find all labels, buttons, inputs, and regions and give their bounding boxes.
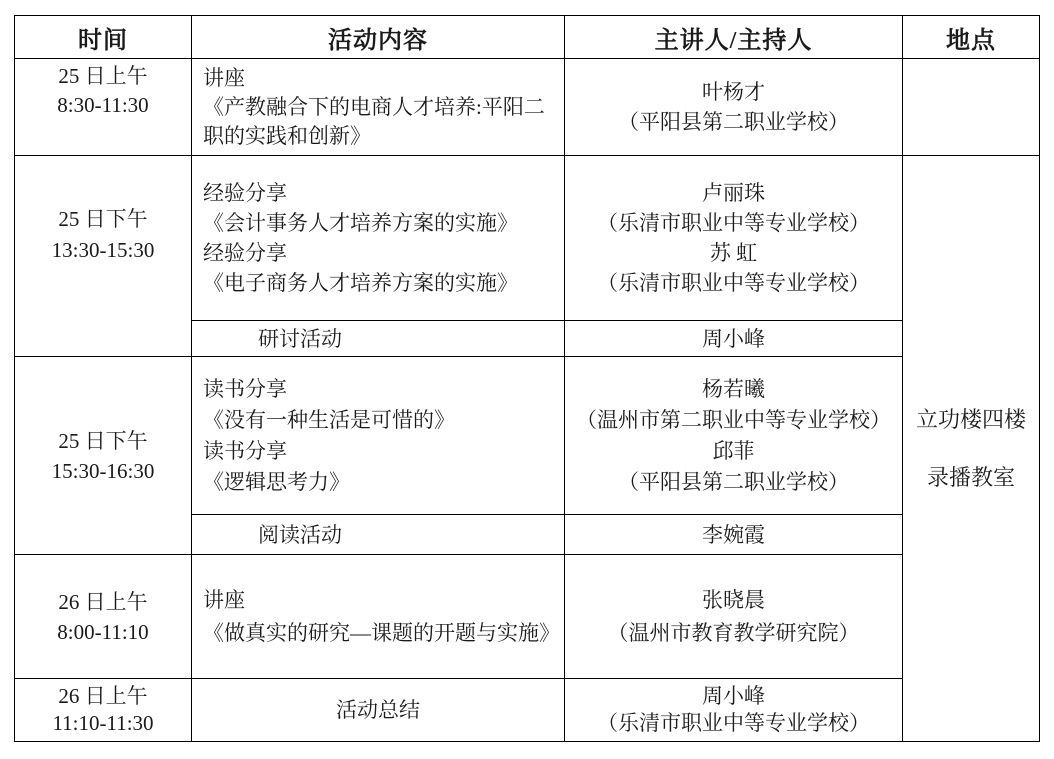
activity-cell: 读书分享 《没有一种生活是可惜的》 读书分享 《逻辑思考力》 [192,357,565,515]
speaker-name: 李婉霞 [565,520,902,550]
activity-cell: 经验分享 《会计事务人才培养方案的实施》 经验分享 《电子商务人才培养方案的实施… [192,156,565,321]
time-cell: 25 日下午 15:30-16:30 [15,357,192,555]
location-cell: 立功楼四楼 录播教室 [903,156,1040,742]
activity-line: 《会计事务人才培养方案的实施》 [203,208,564,238]
activity-line: 《逻辑思考力》 [203,467,564,498]
activity-cell: 讲座 《产教融合下的电商人才培养:平阳二 职的实践和创新》 [192,59,565,156]
speaker-name: 杨若曦 [565,374,902,405]
location-cell-empty [903,59,1040,156]
activity-line: 《产教融合下的电商人才培养:平阳二 [203,93,564,122]
speaker-cell: 周小峰 （乐清市职业中等专业学校） [565,679,903,742]
header-location: 地点 [903,16,1040,59]
time-line: 26 日上午 [15,587,191,617]
table-row: 26 日上午 8:00-11:10 讲座 《做真实的研究—课题的开题与实施》 张… [15,555,1040,679]
speaker-name: 邱菲 [565,436,902,467]
time-line: 26 日上午 [15,683,191,710]
activity-cell: 活动总结 [192,679,565,742]
activity-line: 阅读活动 [258,520,564,550]
table-row: 26 日上午 11:10-11:30 活动总结 周小峰 （乐清市职业中等专业学校… [15,679,1040,742]
activity-line: 讲座 [203,64,564,93]
time-line: 13:30-15:30 [15,235,191,266]
speaker-cell: 杨若曦 （温州市第二职业中等专业学校） 邱菲 （平阳县第二职业学校） [565,357,903,515]
speaker-name: 叶杨才 [565,77,902,107]
activity-line: 读书分享 [203,374,564,405]
activity-line: 《没有一种生活是可惜的》 [203,405,564,436]
time-line: 8:00-11:10 [15,617,191,647]
speaker-name: 卢丽珠 [565,178,902,208]
location-building: 立功楼四楼 [903,405,1039,434]
time-line: 11:10-11:30 [15,710,191,737]
header-time: 时间 [15,16,192,59]
time-line: 8:30-11:30 [15,91,191,120]
schedule-table: 时间 活动内容 主讲人/主持人 地点 25 日上午 8:30-11:30 讲座 … [14,15,1040,742]
location-spacer [903,434,1039,463]
table-row: 25 日下午 15:30-16:30 读书分享 《没有一种生活是可惜的》 读书分… [15,357,1040,515]
activity-cell: 讲座 《做真实的研究—课题的开题与实施》 [192,555,565,679]
header-activity: 活动内容 [192,16,565,59]
time-line: 25 日下午 [15,204,191,235]
speaker-name: 苏 虹 [565,238,902,268]
activity-line: 《电子商务人才培养方案的实施》 [203,268,564,298]
speaker-school: （温州市教育教学研究院） [565,617,902,650]
location-room: 录播教室 [903,463,1039,492]
speaker-school: （温州市第二职业中等专业学校） [565,405,902,436]
speaker-school: （乐清市职业中等专业学校） [565,208,902,238]
speaker-school: （乐清市职业中等专业学校） [565,710,902,737]
activity-cell: 阅读活动 [192,515,565,555]
activity-line: 读书分享 [203,436,564,467]
activity-cell: 研讨活动 [192,321,565,357]
header-row: 时间 活动内容 主讲人/主持人 地点 [15,16,1040,59]
time-line: 25 日下午 [15,426,191,456]
activity-line: 经验分享 [203,238,564,268]
speaker-cell: 周小峰 [565,321,903,357]
speaker-school: （平阳县第二职业学校） [565,107,902,137]
time-cell: 26 日上午 8:00-11:10 [15,555,192,679]
speaker-cell: 张晓晨 （温州市教育教学研究院） [565,555,903,679]
time-cell: 25 日上午 8:30-11:30 [15,59,192,156]
time-line: 15:30-16:30 [15,456,191,486]
table-row: 25 日上午 8:30-11:30 讲座 《产教融合下的电商人才培养:平阳二 职… [15,59,1040,156]
speaker-cell: 叶杨才 （平阳县第二职业学校） [565,59,903,156]
activity-line: 活动总结 [192,697,564,724]
time-line: 25 日上午 [15,62,191,91]
speaker-cell: 李婉霞 [565,515,903,555]
speaker-school: （平阳县第二职业学校） [565,467,902,498]
header-speaker: 主讲人/主持人 [565,16,903,59]
table-row: 25 日下午 13:30-15:30 经验分享 《会计事务人才培养方案的实施》 … [15,156,1040,321]
speaker-name: 周小峰 [565,324,902,354]
time-cell: 26 日上午 11:10-11:30 [15,679,192,742]
speaker-name: 张晓晨 [565,584,902,617]
activity-line: 研讨活动 [258,324,564,354]
activity-line: 职的实践和创新》 [203,122,564,151]
time-cell: 25 日下午 13:30-15:30 [15,156,192,357]
speaker-name: 周小峰 [565,683,902,710]
speaker-cell: 卢丽珠 （乐清市职业中等专业学校） 苏 虹 （乐清市职业中等专业学校） [565,156,903,321]
speaker-school: （乐清市职业中等专业学校） [565,268,902,298]
activity-line: 《做真实的研究—课题的开题与实施》 [203,617,564,650]
activity-line: 经验分享 [203,178,564,208]
activity-line: 讲座 [203,584,564,617]
